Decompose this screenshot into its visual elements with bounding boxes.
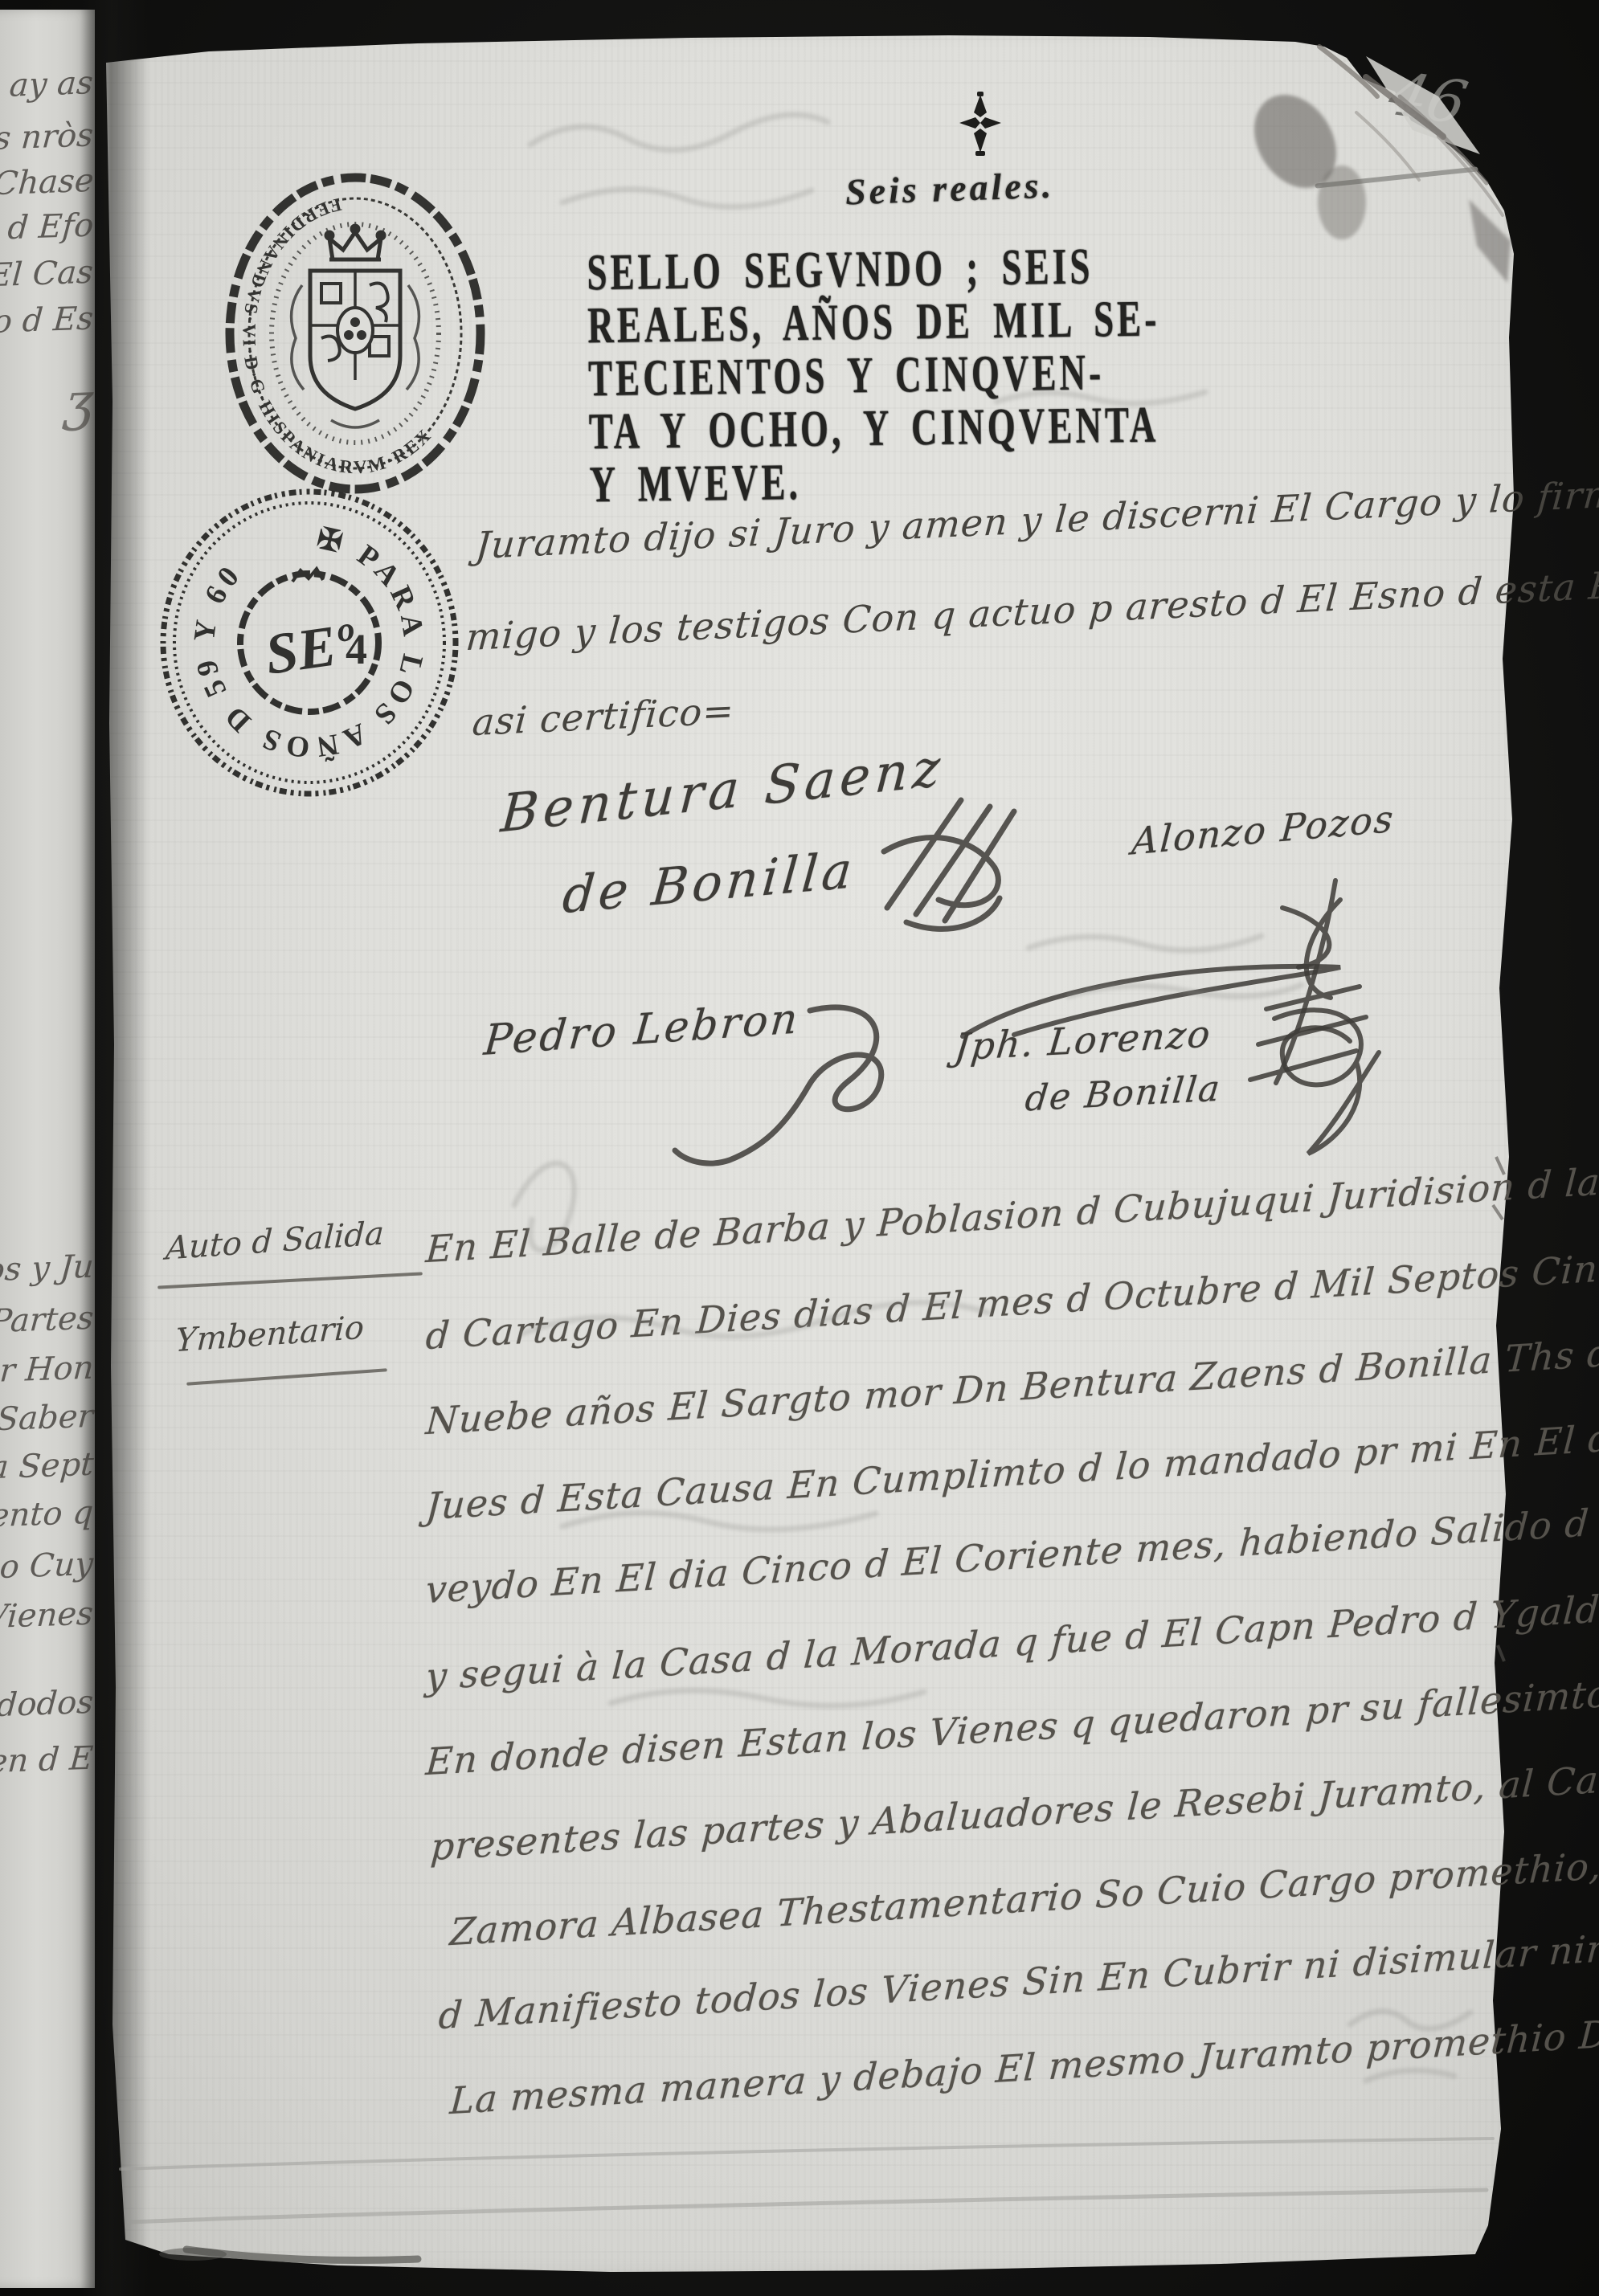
paper-damage-overlay xyxy=(0,0,1599,2296)
bottom-creases xyxy=(121,2139,1493,2261)
bleed-through-marks xyxy=(514,115,1470,2081)
edge-nicks xyxy=(1493,1157,1504,1661)
torn-corner xyxy=(1237,47,1511,283)
manuscript-scan: ay as òs nròs Chase ò d Efo El Cas ro d … xyxy=(0,0,1599,2296)
